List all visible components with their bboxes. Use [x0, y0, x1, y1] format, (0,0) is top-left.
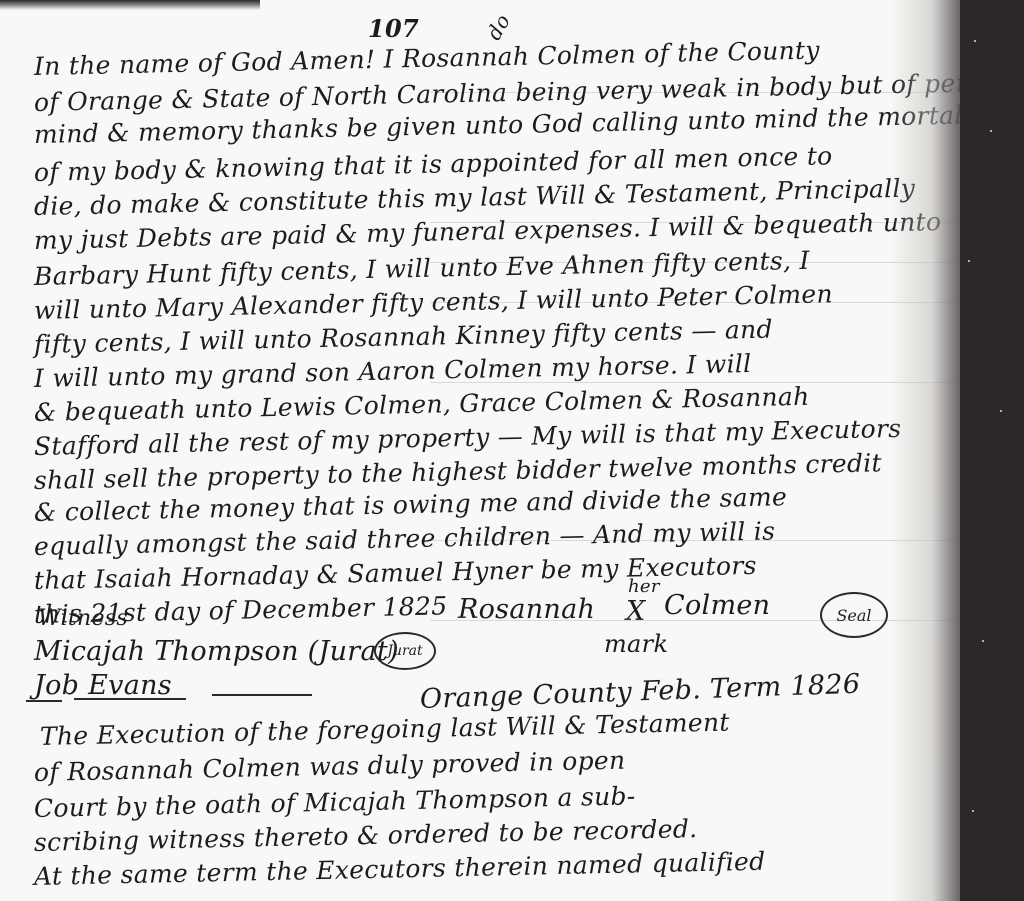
- underline: [212, 694, 312, 696]
- probate-line: The Execution of the foregoing last Will…: [40, 708, 730, 751]
- page-number: 107: [368, 14, 419, 43]
- probate-line: of Rosannah Colmen was duly proved in op…: [34, 746, 626, 787]
- her-label: her: [628, 576, 660, 597]
- testator-mark: X: [626, 596, 646, 627]
- witness-label: Witness: [38, 606, 128, 631]
- witness-signature: Micajah Thompson (Jurat): [34, 636, 399, 667]
- testator-name-first: Rosannah: [458, 594, 595, 625]
- margin-note: do: [482, 10, 516, 44]
- seal-label: Seal: [836, 606, 871, 625]
- scan-edge-dark: [960, 0, 1024, 901]
- seal-icon: Seal: [820, 592, 888, 638]
- underline: [74, 698, 186, 700]
- mark-label: mark: [604, 630, 668, 658]
- scan-shadow-right: [890, 0, 960, 901]
- testator-name-last: Colmen: [664, 590, 770, 621]
- probate-header: Orange County Feb. Term 1826: [419, 669, 860, 715]
- scan-shadow-top: [0, 0, 260, 10]
- scanned-page: 107 do In the name of God Amen! I Rosann…: [0, 0, 1024, 901]
- underline: [26, 700, 62, 702]
- witness-signature: Job Evans: [34, 670, 172, 701]
- jurat-seal-icon: Jurat: [374, 632, 436, 670]
- jurat-label: Jurat: [387, 643, 422, 659]
